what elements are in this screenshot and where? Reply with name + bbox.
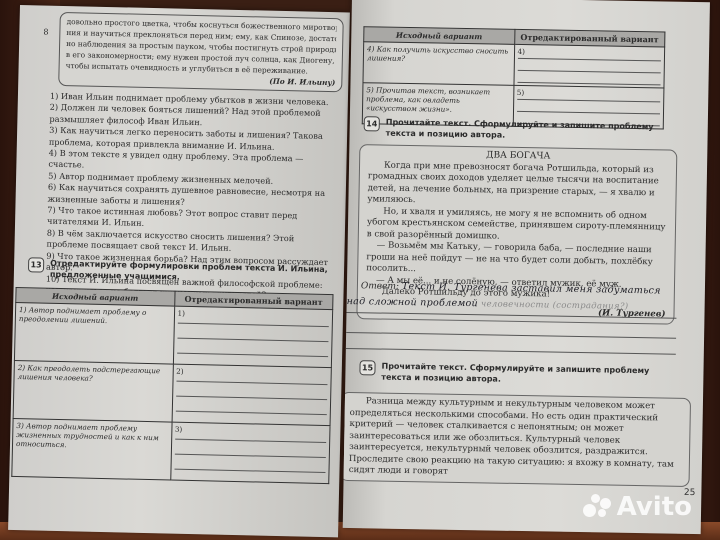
avito-watermark: Avito: [583, 492, 692, 522]
row-label: 1): [177, 309, 191, 318]
answer-label: Ответ:: [361, 281, 399, 292]
answer-rule: [346, 332, 676, 339]
table-row: 2) Как преодолеть подстерегающие лишения…: [13, 360, 331, 425]
task-number-badge: 14: [364, 116, 380, 131]
row-label: 4): [517, 47, 531, 56]
text-paragraph: Разница между культурным и некультурным …: [349, 396, 682, 482]
table-row: 4) Как получить искусство сносить лишени…: [363, 42, 665, 88]
left-page: 8 довольно простого цветка, чтобы коснут…: [8, 5, 350, 537]
original-cell: 3) Автор поднимает проблему жизненных тр…: [12, 418, 172, 480]
avito-logo-icon: [583, 494, 613, 520]
answer-rule: [346, 348, 676, 355]
original-cell: 4) Как получить искусство сносить лишени…: [363, 42, 514, 86]
text-paragraph: Когда при мне превозносят богача Ротшиль…: [367, 160, 668, 211]
quote-box: довольно простого цветка, чтобы коснутьс…: [58, 12, 344, 92]
task-instruction: Прочитайте текст. Сформулируйте и запиши…: [386, 117, 674, 144]
right-page: Исходный вариант Отредактированный вариа…: [343, 0, 710, 534]
handwritten-answer: над сложной проблемой: [347, 296, 479, 309]
task-14-header: 14 Прочитайте текст. Сформулируйте и зап…: [364, 116, 674, 143]
watermark-text: Avito: [617, 492, 692, 522]
row-label: 3): [175, 425, 189, 434]
task-15-header: 15 Прочитайте текст. Сформулируйте и зап…: [359, 360, 679, 388]
page-mark: 8: [43, 28, 48, 37]
edit-table-right: Исходный вариант Отредактированный вариа…: [362, 26, 666, 129]
text-paragraph: Но, и хваля и умиляясь, не могу я не всп…: [367, 206, 668, 246]
edit-cell[interactable]: 4): [513, 44, 664, 88]
write-line[interactable]: [517, 71, 661, 86]
edit-table-left: Исходный вариант Отредактированный вариа…: [11, 287, 333, 484]
task-number-badge: 15: [359, 360, 375, 375]
edit-cell[interactable]: 1): [173, 306, 333, 368]
row-label: 5): [517, 88, 531, 97]
write-line[interactable]: [174, 455, 326, 473]
task-instruction: Прочитайте текст. Сформулируйте и запиши…: [381, 361, 679, 388]
write-line[interactable]: [177, 339, 329, 357]
table-row: 3) Автор поднимает проблему жизненных тр…: [12, 418, 330, 483]
task-number-badge: 13: [28, 257, 44, 272]
write-line[interactable]: [175, 397, 327, 415]
original-cell: 1) Автор поднимает проблему о преодолени…: [14, 302, 174, 364]
text-paragraph: — Возьмём мы Катьку, — говорила баба, — …: [366, 240, 667, 280]
original-cell: 2) Как преодолеть подстерегающие лишения…: [13, 360, 173, 422]
edit-cell[interactable]: 3): [170, 422, 330, 484]
table-row: 1) Автор поднимает проблему о преодолени…: [14, 302, 332, 367]
edit-cell[interactable]: 2): [172, 364, 332, 426]
text-box-culture: Разница между культурным и некультурным …: [343, 392, 691, 487]
row-label: 2): [176, 367, 190, 376]
